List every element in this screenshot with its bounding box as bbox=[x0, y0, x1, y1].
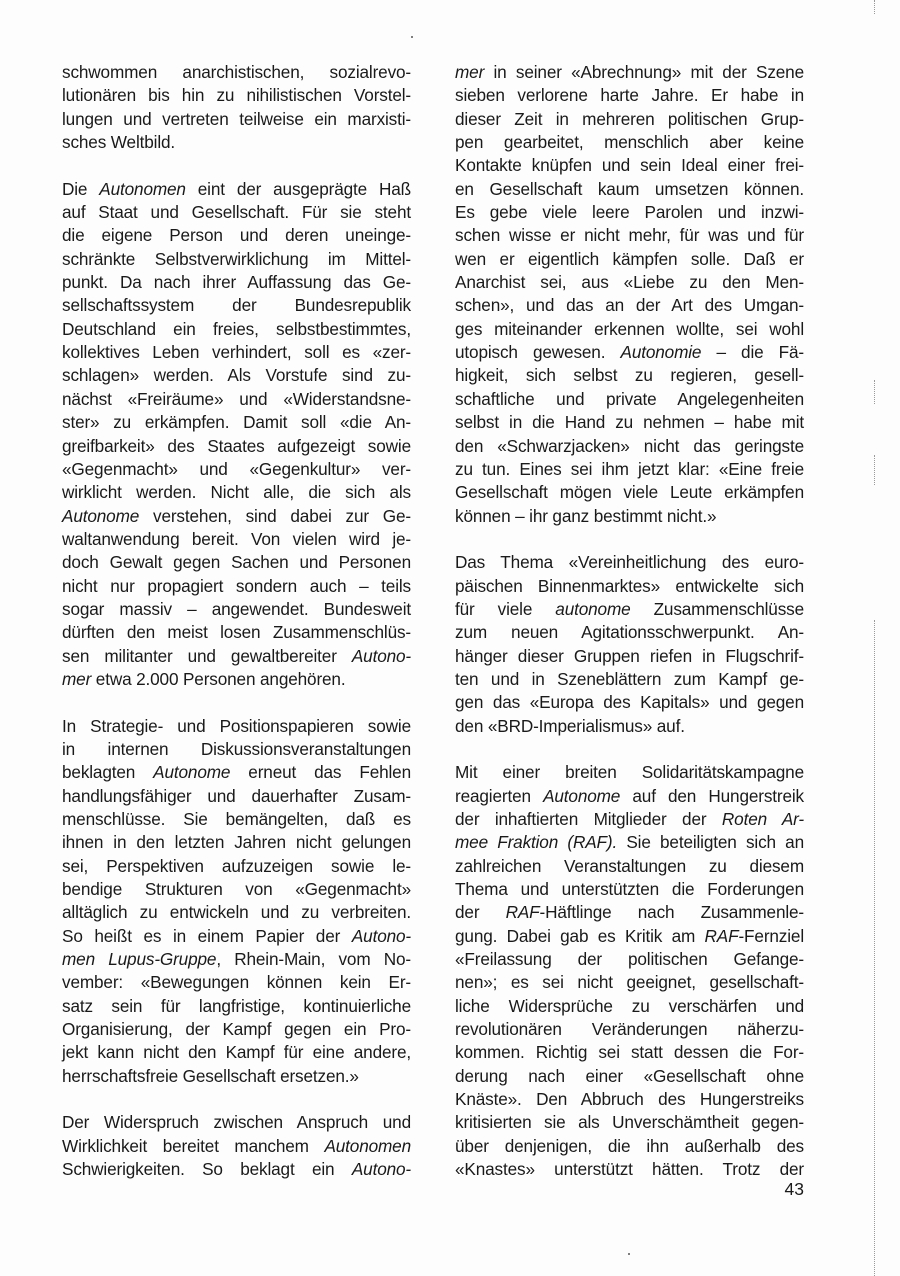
text-line: «Gegenmacht» und «Gegenkultur» ver- bbox=[62, 458, 411, 481]
text-run: der inhaftierten Mitglieder der bbox=[455, 809, 722, 829]
text-line: handlungsfähiger und dauerhafter Zusam- bbox=[62, 785, 411, 808]
text-line: ster» zu erkämpfen. Damit soll «die An- bbox=[62, 411, 411, 434]
text-run: Anarchist sei, aus «Liebe zu den Men- bbox=[455, 272, 804, 292]
italic-text-run: Autonome bbox=[62, 506, 139, 526]
italic-text-run: Autono- bbox=[352, 646, 411, 666]
text-run: auf Staat und Gesellschaft. Für sie steh… bbox=[62, 202, 411, 222]
text-run: ges miteinander erkennen wollte, sei woh… bbox=[455, 319, 804, 339]
text-line: nicht nur propagiert sondern auch – teil… bbox=[62, 575, 411, 598]
italic-text-run: autonome bbox=[555, 599, 630, 619]
text-line: Gesellschaft mögen viele Leute erkämpfen bbox=[455, 481, 804, 504]
text-run: ster» zu erkämpfen. Damit soll «die An- bbox=[62, 412, 411, 432]
italic-text-run: mer bbox=[455, 62, 484, 82]
text-line: schen», und das an der Art des Umgan- bbox=[455, 294, 804, 317]
text-run: -Fernziel bbox=[738, 926, 804, 946]
paragraph: Das Thema «Vereinheitlichung des euro-pä… bbox=[455, 551, 804, 738]
text-run: sellschaftssystem der Bundesrepublik bbox=[62, 295, 411, 315]
text-line: derung nach einer «Gesellschaft ohne bbox=[455, 1065, 804, 1088]
text-line: punkt. Da nach ihrer Auffassung das Ge- bbox=[62, 271, 411, 294]
text-line: für viele autonome Zusammenschlüsse bbox=[455, 598, 804, 621]
text-line: Knäste». Den Abbruch des Hungerstreiks bbox=[455, 1088, 804, 1111]
text-run: Deutschland ein freies, selbstbestimmtes… bbox=[62, 319, 411, 339]
text-line: pen gearbeitet, menschlich aber keine bbox=[455, 131, 804, 154]
text-run: greifbarkeit» des Staates aufgezeigt sow… bbox=[62, 436, 411, 456]
text-run: den «Schwarzjacken» nicht das geringste bbox=[455, 436, 804, 456]
text-line: bendige Strukturen von «Gegenmacht» bbox=[62, 878, 411, 901]
text-line: päischen Binnenmarktes» entwickelte sich bbox=[455, 575, 804, 598]
text-line: lutionären bis hin zu nihilistischen Vor… bbox=[62, 84, 411, 107]
text-line: gung. Dabei gab es Kritik am RAF-Fernzie… bbox=[455, 925, 804, 948]
text-line: zahlreichen Veranstaltungen zu diesem bbox=[455, 855, 804, 878]
text-line: Autonome verstehen, sind dabei zur Ge- bbox=[62, 505, 411, 528]
italic-text-run: Autonomen bbox=[324, 1136, 411, 1156]
text-run: ihnen in den letzten Jahren nicht gelung… bbox=[62, 832, 411, 852]
text-run: Es gebe viele leere Parolen und inzwi- bbox=[455, 202, 804, 222]
text-line: mer in seiner «Abrechnung» mit der Szene bbox=[455, 61, 804, 84]
text-line: sei, Perspektiven aufzuzeigen sowie le- bbox=[62, 855, 411, 878]
text-run: dürften den meist losen Zusammenschlüs- bbox=[62, 622, 411, 642]
text-line: ihnen in den letzten Jahren nicht gelung… bbox=[62, 831, 411, 854]
text-line: beklagten Autonome erneut das Fehlen bbox=[62, 761, 411, 784]
text-run: kritisierten sie als Unverschämtheit geg… bbox=[455, 1112, 804, 1132]
text-line: alltäglich zu entwickeln und zu verbreit… bbox=[62, 901, 411, 924]
text-line: So heißt es in einem Papier der Autono- bbox=[62, 925, 411, 948]
text-run: bendige Strukturen von «Gegenmacht» bbox=[62, 879, 411, 899]
text-line: Mit einer breiten Solidaritätskampagne bbox=[455, 761, 804, 784]
text-column-right: mer in seiner «Abrechnung» mit der Szene… bbox=[455, 61, 804, 1205]
text-run: schaftliche und private Angelegenheiten bbox=[455, 389, 804, 409]
text-run: sei, Perspektiven aufzuzeigen sowie le- bbox=[62, 856, 411, 876]
text-line: greifbarkeit» des Staates aufgezeigt sow… bbox=[62, 435, 411, 458]
text-run: zum neuen Agitationsschwerpunkt. An- bbox=[455, 622, 804, 642]
text-line: ten und in Szeneblättern zum Kampf ge- bbox=[455, 668, 804, 691]
text-run: verstehen, sind dabei zur Ge- bbox=[139, 506, 411, 526]
text-line: den «BRD-Imperialismus» auf. bbox=[455, 715, 804, 738]
text-run: sches Weltbild. bbox=[62, 132, 175, 152]
text-line: satz sein für langfristige, kontinuierli… bbox=[62, 995, 411, 1018]
paragraph: In Strategie- und Positionspapieren sowi… bbox=[62, 715, 411, 1089]
text-run: sen militanter und gewaltbereiter bbox=[62, 646, 352, 666]
text-run: revolutionären Veränderungen näherzu- bbox=[455, 1019, 804, 1039]
italic-text-run: mer bbox=[62, 669, 91, 689]
text-line: der inhaftierten Mitglieder der Roten Ar… bbox=[455, 808, 804, 831]
text-line: In Strategie- und Positionspapieren sowi… bbox=[62, 715, 411, 738]
text-run: doch Gewalt gegen Sachen und Personen bbox=[62, 552, 411, 572]
text-line: higkeit, sich selbst zu regieren, gesell… bbox=[455, 364, 804, 387]
italic-text-run: RAF bbox=[705, 926, 739, 946]
text-run: Kontakte knüpfen und sein Ideal einer fr… bbox=[455, 155, 804, 175]
text-run: über denjenigen, die ihn außerhalb des bbox=[455, 1136, 804, 1156]
text-run: alltäglich zu entwickeln und zu verbreit… bbox=[62, 902, 411, 922]
text-line: herrschaftsfreie Gesellschaft ersetzen.» bbox=[62, 1065, 411, 1088]
text-run: higkeit, sich selbst zu regieren, gesell… bbox=[455, 365, 804, 385]
text-run: schen wisse er nicht mehr, für was und f… bbox=[455, 225, 804, 245]
scan-edge-mark bbox=[874, 380, 875, 404]
text-line: liche Widersprüche zu verschärfen und bbox=[455, 995, 804, 1018]
text-line: vember: «Bewegungen können kein Er- bbox=[62, 971, 411, 994]
text-run: derung nach einer «Gesellschaft ohne bbox=[455, 1066, 804, 1086]
text-line: können – ihr ganz bestimmt nicht.» bbox=[455, 505, 804, 528]
text-run: «Knastes» unterstützt hätten. Trotz der bbox=[455, 1159, 804, 1179]
text-line: doch Gewalt gegen Sachen und Personen bbox=[62, 551, 411, 574]
text-run: – die Fä- bbox=[701, 342, 804, 362]
text-line: in internen Diskussionsveranstaltungen bbox=[62, 738, 411, 761]
scan-speck bbox=[628, 1253, 630, 1255]
text-run: Organisierung, der Kampf gegen ein Pro- bbox=[62, 1019, 411, 1039]
text-run: in seiner «Abrechnung» mit der Szene bbox=[484, 62, 804, 82]
text-line: reagierten Autonome auf den Hungerstreik bbox=[455, 785, 804, 808]
text-run: päischen Binnenmarktes» entwickelte sich bbox=[455, 576, 804, 596]
text-line: schlagen» werden. Als Vorstufe sind zu- bbox=[62, 364, 411, 387]
text-line: Schwierigkeiten. So beklagt ein Autono- bbox=[62, 1158, 411, 1181]
text-line: wirklicht werden. Nicht alle, die sich a… bbox=[62, 481, 411, 504]
text-run: Thema und unterstützten die Forderungen bbox=[455, 879, 804, 899]
text-run: , Rhein-Main, vom No- bbox=[216, 949, 411, 969]
text-line: «Knastes» unterstützt hätten. Trotz der bbox=[455, 1158, 804, 1181]
text-line: sellschaftssystem der Bundesrepublik bbox=[62, 294, 411, 317]
text-line: nächst «Freiräume» und «Widerstandsne- bbox=[62, 388, 411, 411]
text-line: dieser Zeit in mehreren politischen Grup… bbox=[455, 108, 804, 131]
text-run: Knäste». Den Abbruch des Hungerstreiks bbox=[455, 1089, 804, 1109]
italic-text-run: Roten Ar- bbox=[722, 809, 804, 829]
text-line: men Lupus-Gruppe, Rhein-Main, vom No- bbox=[62, 948, 411, 971]
text-line: wen er eigentlich kämpfen solle. Daß er bbox=[455, 248, 804, 271]
text-line: die eigene Person und deren uneinge- bbox=[62, 224, 411, 247]
paragraph: schwommen anarchistischen, sozialrevo-lu… bbox=[62, 61, 411, 154]
page-number: 43 bbox=[770, 1179, 804, 1200]
text-line: revolutionären Veränderungen näherzu- bbox=[455, 1018, 804, 1041]
text-run: -Häftlinge nach Zusammenle- bbox=[540, 902, 805, 922]
paragraph: mer in seiner «Abrechnung» mit der Szene… bbox=[455, 61, 804, 528]
text-line: selbst in die Hand zu nehmen – habe mit bbox=[455, 411, 804, 434]
text-run: herrschaftsfreie Gesellschaft ersetzen.» bbox=[62, 1066, 359, 1086]
text-run: pen gearbeitet, menschlich aber keine bbox=[455, 132, 804, 152]
text-run: nen»; es sei nicht geeignet, gesellschaf… bbox=[455, 972, 804, 992]
text-run: zahlreichen Veranstaltungen zu diesem bbox=[455, 856, 804, 876]
text-run: Wirklichkeit bereitet manchem bbox=[62, 1136, 324, 1156]
italic-text-run: Autonomie bbox=[621, 342, 702, 362]
text-column-left: schwommen anarchistischen, sozialrevo-lu… bbox=[62, 61, 411, 1205]
text-run: auf den Hungerstreik bbox=[620, 786, 804, 806]
text-run: «Gegenmacht» und «Gegenkultur» ver- bbox=[62, 459, 411, 479]
text-run: zu tun. Eines sei ihm jetzt klar: «Eine … bbox=[455, 459, 804, 479]
text-run: sogar massiv – angewendet. Bundesweit bbox=[62, 599, 411, 619]
text-line: Der Widerspruch zwischen Anspruch und bbox=[62, 1111, 411, 1134]
text-line: Organisierung, der Kampf gegen ein Pro- bbox=[62, 1018, 411, 1041]
text-line: Deutschland ein freies, selbstbestimmtes… bbox=[62, 318, 411, 341]
text-line: hänger dieser Gruppen riefen in Flugschr… bbox=[455, 645, 804, 668]
text-line: «Freilassung der politischen Gefange- bbox=[455, 948, 804, 971]
text-run: jekt kann nicht den Kampf für eine ander… bbox=[62, 1042, 411, 1062]
text-line: Wirklichkeit bereitet manchem Autonomen bbox=[62, 1135, 411, 1158]
text-line: utopisch gewesen. Autonomie – die Fä- bbox=[455, 341, 804, 364]
text-run: die eigene Person und deren uneinge- bbox=[62, 225, 411, 245]
text-run: satz sein für langfristige, kontinuierli… bbox=[62, 996, 411, 1016]
text-line: ges miteinander erkennen wollte, sei woh… bbox=[455, 318, 804, 341]
text-run: vember: «Bewegungen können kein Er- bbox=[62, 972, 411, 992]
text-line: mee Fraktion (RAF). Sie beteiligten sich… bbox=[455, 831, 804, 854]
text-run: reagierten bbox=[455, 786, 543, 806]
text-run: nächst «Freiräume» und «Widerstandsne- bbox=[62, 389, 411, 409]
text-run: Das Thema «Vereinheitlichung des euro- bbox=[455, 552, 804, 572]
scan-speck bbox=[411, 36, 413, 38]
text-line: jekt kann nicht den Kampf für eine ander… bbox=[62, 1041, 411, 1064]
text-run: So heißt es in einem Papier der bbox=[62, 926, 352, 946]
text-run: Zusammenschlüsse bbox=[631, 599, 804, 619]
text-line: schen wisse er nicht mehr, für was und f… bbox=[455, 224, 804, 247]
text-run: etwa 2.000 Personen angehören. bbox=[91, 669, 345, 689]
text-line: kollektives Leben verhindert, soll es «z… bbox=[62, 341, 411, 364]
text-line: sieben verlorene harte Jahre. Er habe in bbox=[455, 84, 804, 107]
paragraph: Die Autonomen eint der ausgeprägte Haßau… bbox=[62, 178, 411, 692]
text-line: Anarchist sei, aus «Liebe zu den Men- bbox=[455, 271, 804, 294]
text-line: en Gesellschaft kaum umsetzen können. bbox=[455, 178, 804, 201]
text-run: ten und in Szeneblättern zum Kampf ge- bbox=[455, 669, 804, 689]
text-line: Kontakte knüpfen und sein Ideal einer fr… bbox=[455, 154, 804, 177]
text-run: der bbox=[455, 902, 506, 922]
text-run: kollektives Leben verhindert, soll es «z… bbox=[62, 342, 411, 362]
scan-edge-mark bbox=[874, 455, 875, 485]
text-run: liche Widersprüche zu verschärfen und bbox=[455, 996, 804, 1016]
text-run: Die bbox=[62, 179, 99, 199]
text-run: schränkte Selbstverwirklichung im Mittel… bbox=[62, 249, 411, 269]
text-run: waltanwendung bereit. Von vielen wird je… bbox=[62, 529, 411, 549]
text-line: über denjenigen, die ihn außerhalb des bbox=[455, 1135, 804, 1158]
text-line: kommen. Richtig sei statt dessen die For… bbox=[455, 1041, 804, 1064]
italic-text-run: RAF bbox=[506, 902, 540, 922]
text-run: beklagten bbox=[62, 762, 153, 782]
text-line: auf Staat und Gesellschaft. Für sie steh… bbox=[62, 201, 411, 224]
text-line: sches Weltbild. bbox=[62, 131, 411, 154]
text-line: Die Autonomen eint der ausgeprägte Haß bbox=[62, 178, 411, 201]
scan-edge-mark bbox=[874, 620, 875, 1276]
text-line: menschlüsse. Sie bemängelten, daß es bbox=[62, 808, 411, 831]
text-line: der RAF-Häftlinge nach Zusammenle- bbox=[455, 901, 804, 924]
text-line: lungen und vertreten teilweise ein marxi… bbox=[62, 108, 411, 131]
text-run: den «BRD-Imperialismus» auf. bbox=[455, 716, 685, 736]
text-line: Es gebe viele leere Parolen und inzwi- bbox=[455, 201, 804, 224]
text-run: sieben verlorene harte Jahre. Er habe in bbox=[455, 85, 804, 105]
text-line: nen»; es sei nicht geeignet, gesellschaf… bbox=[455, 971, 804, 994]
text-run: wen er eigentlich kämpfen solle. Daß er bbox=[455, 249, 804, 269]
italic-text-run: men Lupus-Gruppe bbox=[62, 949, 216, 969]
text-run: wirklicht werden. Nicht alle, die sich a… bbox=[62, 482, 411, 502]
text-run: «Freilassung der politischen Gefange- bbox=[455, 949, 804, 969]
text-line: zu tun. Eines sei ihm jetzt klar: «Eine … bbox=[455, 458, 804, 481]
text-run: gung. Dabei gab es Kritik am bbox=[455, 926, 705, 946]
text-line: Das Thema «Vereinheitlichung des euro- bbox=[455, 551, 804, 574]
text-run: nicht nur propagiert sondern auch – teil… bbox=[62, 576, 411, 596]
document-page: schwommen anarchistischen, sozialrevo-lu… bbox=[0, 0, 900, 1276]
text-run: en Gesellschaft kaum umsetzen können. bbox=[455, 179, 804, 199]
italic-text-run: mee Fraktion (RAF). bbox=[455, 832, 617, 852]
text-run: dieser Zeit in mehreren politischen Grup… bbox=[455, 109, 804, 129]
text-run: Sie beteiligten sich an bbox=[617, 832, 804, 852]
text-run: Der Widerspruch zwischen Anspruch und bbox=[62, 1112, 411, 1132]
text-line: kritisierten sie als Unverschämtheit geg… bbox=[455, 1111, 804, 1134]
paragraph: Mit einer breiten Solidaritätskampagnere… bbox=[455, 761, 804, 1181]
text-line: gen das «Europa des Kapitals» und gegen bbox=[455, 691, 804, 714]
text-run: lungen und vertreten teilweise ein marxi… bbox=[62, 109, 411, 129]
text-line: schwommen anarchistischen, sozialrevo- bbox=[62, 61, 411, 84]
text-line: den «Schwarzjacken» nicht das geringste bbox=[455, 435, 804, 458]
text-line: waltanwendung bereit. Von vielen wird je… bbox=[62, 528, 411, 551]
text-run: handlungsfähiger und dauerhafter Zusam- bbox=[62, 786, 411, 806]
text-run: Gesellschaft mögen viele Leute erkämpfen bbox=[455, 482, 804, 502]
text-run: In Strategie- und Positionspapieren sowi… bbox=[62, 716, 411, 736]
text-run: schwommen anarchistischen, sozialrevo- bbox=[62, 62, 411, 82]
text-run: utopisch gewesen. bbox=[455, 342, 621, 362]
text-run: schlagen» werden. Als Vorstufe sind zu- bbox=[62, 365, 411, 385]
text-line: sen militanter und gewaltbereiter Autono… bbox=[62, 645, 411, 668]
italic-text-run: Autonomen bbox=[99, 179, 186, 199]
paragraph: Der Widerspruch zwischen Anspruch undWir… bbox=[62, 1111, 411, 1181]
italic-text-run: Autonome bbox=[543, 786, 620, 806]
text-run: selbst in die Hand zu nehmen – habe mit bbox=[455, 412, 804, 432]
text-line: Thema und unterstützten die Forderungen bbox=[455, 878, 804, 901]
text-run: kommen. Richtig sei statt dessen die For… bbox=[455, 1042, 804, 1062]
text-line: dürften den meist losen Zusammenschlüs- bbox=[62, 621, 411, 644]
text-line: schaftliche und private Angelegenheiten bbox=[455, 388, 804, 411]
text-run: menschlüsse. Sie bemängelten, daß es bbox=[62, 809, 411, 829]
italic-text-run: Autono- bbox=[352, 926, 411, 946]
text-run: Schwierigkeiten. So beklagt ein bbox=[62, 1159, 352, 1179]
text-run: schen», und das an der Art des Umgan- bbox=[455, 295, 804, 315]
text-run: punkt. Da nach ihrer Auffassung das Ge- bbox=[62, 272, 411, 292]
text-line: schränkte Selbstverwirklichung im Mittel… bbox=[62, 248, 411, 271]
text-run: Mit einer breiten Solidaritätskampagne bbox=[455, 762, 804, 782]
text-run: hänger dieser Gruppen riefen in Flugschr… bbox=[455, 646, 804, 666]
scan-edge-mark bbox=[874, 0, 875, 14]
text-line: mer etwa 2.000 Personen angehören. bbox=[62, 668, 411, 691]
text-line: sogar massiv – angewendet. Bundesweit bbox=[62, 598, 411, 621]
text-run: gen das «Europa des Kapitals» und gegen bbox=[455, 692, 804, 712]
text-run: können – ihr ganz bestimmt nicht.» bbox=[455, 506, 716, 526]
text-run: in internen Diskussionsveranstaltungen bbox=[62, 739, 411, 759]
text-run: für viele bbox=[455, 599, 555, 619]
text-line: zum neuen Agitationsschwerpunkt. An- bbox=[455, 621, 804, 644]
italic-text-run: Autono- bbox=[352, 1159, 411, 1179]
text-run: erneut das Fehlen bbox=[230, 762, 411, 782]
italic-text-run: Autonome bbox=[153, 762, 230, 782]
text-run: lutionären bis hin zu nihilistischen Vor… bbox=[62, 85, 411, 105]
text-run: eint der ausgeprägte Haß bbox=[186, 179, 411, 199]
